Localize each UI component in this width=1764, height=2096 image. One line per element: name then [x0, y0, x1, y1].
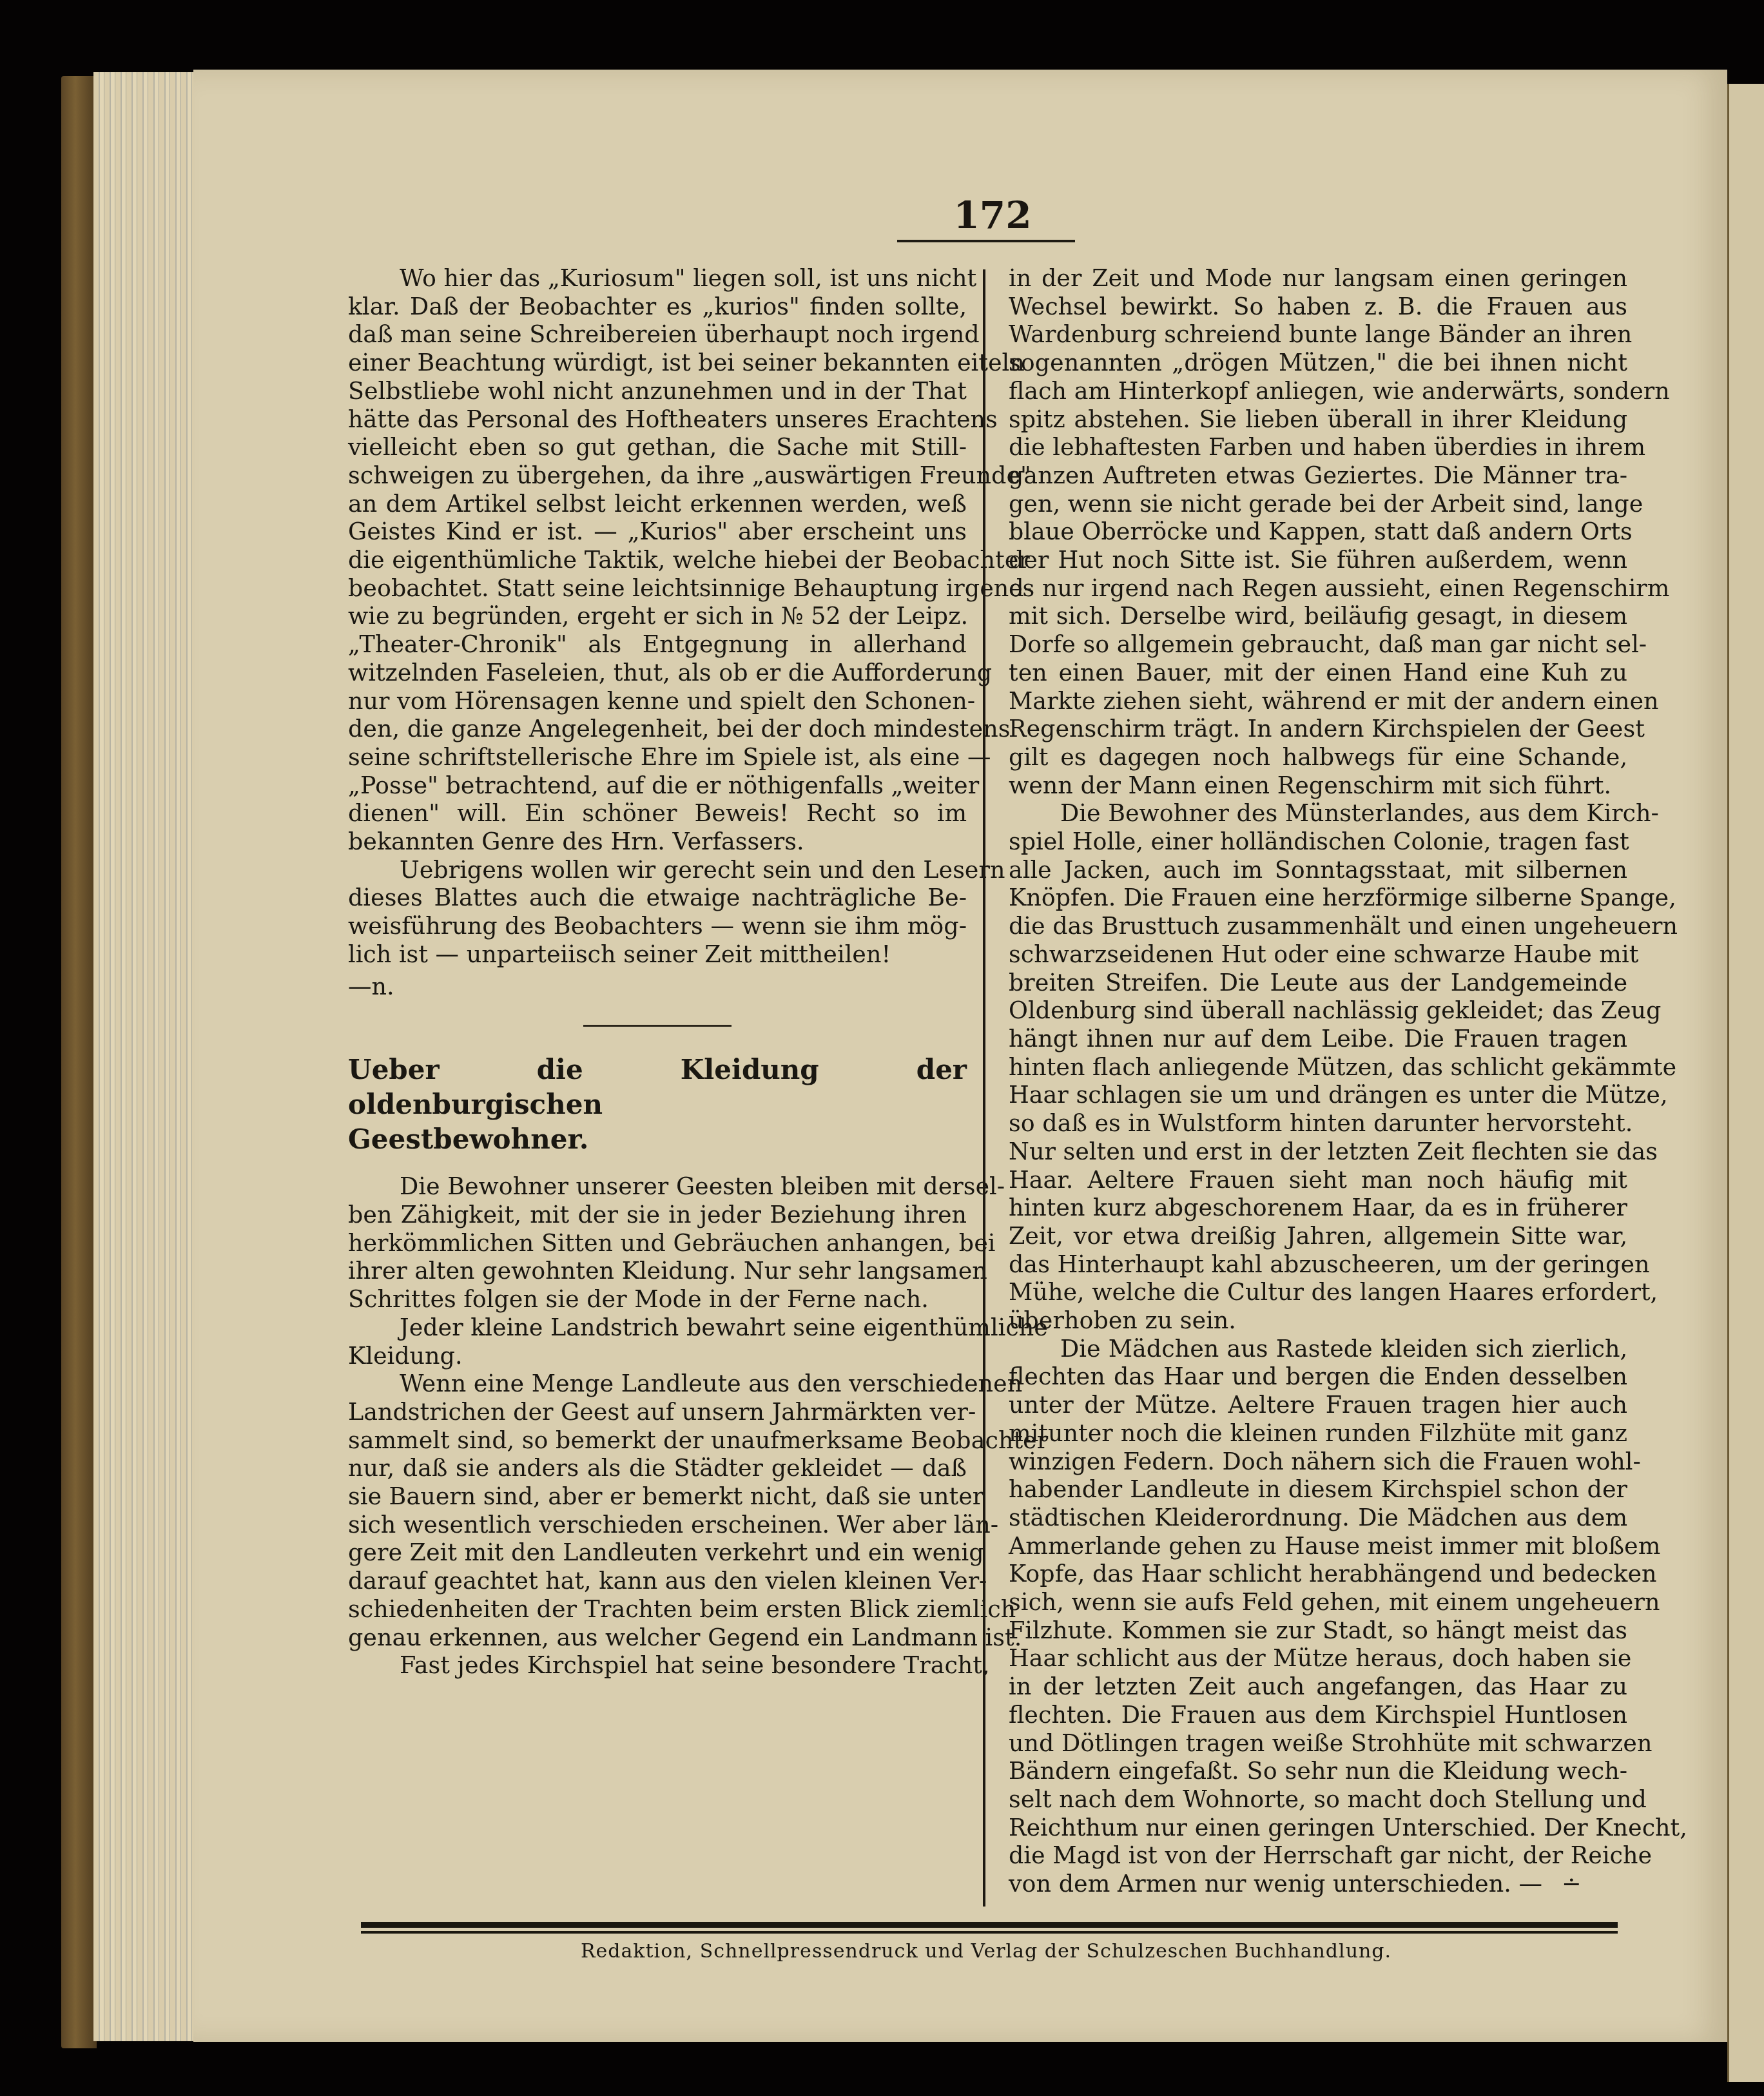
text-line: sammelt sind, so bemerkt der unaufmerksa… — [348, 1426, 967, 1455]
text-line: Haar schlicht aus der Mütze heraus, doch… — [1009, 1644, 1627, 1673]
section-separator — [583, 1025, 732, 1027]
text-line: winzigen Federn. Doch nähern sich die Fr… — [1009, 1448, 1627, 1476]
text-line: Jeder kleine Landstrich bewahrt seine ei… — [348, 1314, 967, 1342]
text-line: breiten Streifen. Die Leute aus der Land… — [1009, 969, 1627, 997]
text-line: dienen" will. Ein schöner Beweis! Recht … — [348, 799, 967, 828]
text-line: gen, wenn sie nicht gerade bei der Arbei… — [1009, 490, 1627, 518]
text-line: Nur selten und erst in der letzten Zeit … — [1009, 1138, 1627, 1166]
right-column: in der Zeit und Mode nur langsam einen g… — [1009, 264, 1627, 1898]
text-line: in der Zeit und Mode nur langsam einen g… — [1009, 264, 1627, 293]
text-line: nur vom Hörensagen kenne und spielt den … — [348, 687, 967, 715]
text-line: in der letzten Zeit auch angefangen, das… — [1009, 1673, 1627, 1701]
paragraph: Die Bewohner des Münsterlandes, aus dem … — [1009, 799, 1627, 1334]
text-line: Die Bewohner unserer Geesten bleiben mit… — [348, 1172, 967, 1201]
text-line: gilt es dagegen noch halbwegs für eine S… — [1009, 743, 1627, 771]
text-line: herkömmlichen Sitten und Gebräuchen anha… — [348, 1229, 967, 1257]
text-line: Mühe, welche die Cultur des langen Haare… — [1009, 1278, 1627, 1306]
text-line: es nur irgend nach Regen aussieht, einen… — [1009, 574, 1627, 603]
text-line: städtischen Kleiderordnung. Die Mädchen … — [1009, 1504, 1627, 1532]
text-line: wenn der Mann einen Regenschirm mit sich… — [1009, 771, 1627, 800]
text-line: Schrittes folgen sie der Mode in der Fer… — [348, 1285, 967, 1314]
text-line: sich, wenn sie aufs Feld gehen, mit eine… — [1009, 1588, 1627, 1616]
paragraph: Die Mädchen aus Rastede kleiden sich zie… — [1009, 1335, 1627, 1898]
text-line: hinten flach anliegende Mützen, das schl… — [1009, 1053, 1627, 1082]
text-line: mitunter noch die kleinen runden Filzhüt… — [1009, 1419, 1627, 1448]
article-title: Ueber die Kleidung der oldenburgischen G… — [348, 1053, 967, 1157]
column-divider — [983, 269, 985, 1907]
title-line-2: Geestbewohner. — [348, 1123, 588, 1155]
text-line: spiel Holle, einer holländischen Colonie… — [1009, 828, 1627, 856]
page-number: 172 — [896, 193, 1089, 237]
footer-rule-thick — [361, 1922, 1618, 1928]
text-line: Wenn eine Menge Landleute aus den versch… — [348, 1370, 967, 1398]
text-line: dieses Blattes auch die etwaige nachträg… — [348, 884, 967, 912]
text-line: Wo hier das „Kuriosum" liegen soll, ist … — [348, 264, 967, 293]
text-line: Reichthum nur einen geringen Unterschied… — [1009, 1814, 1627, 1842]
text-line: Haar. Aeltere Frauen sieht man noch häuf… — [1009, 1166, 1627, 1194]
text-line: überhoben zu sein. — [1009, 1306, 1627, 1335]
paragraph: Wo hier das „Kuriosum" liegen soll, ist … — [348, 264, 967, 856]
text-line: spitz abstehen. Sie lieben überall in ih… — [1009, 405, 1627, 434]
end-ornament-icon: ∸ — [1562, 1870, 1582, 1897]
text-line: Wechsel bewirkt. So haben z. B. die Frau… — [1009, 293, 1627, 321]
footer-rule-thin — [361, 1931, 1618, 1934]
paragraph: Wenn eine Menge Landleute aus den versch… — [348, 1370, 967, 1651]
paragraph: Fast jedes Kirchspiel hat seine besonder… — [348, 1651, 967, 1680]
text-line: Wardenburg schreiend bunte lange Bänder … — [1009, 320, 1627, 349]
text-line: so daß es in Wulstform hinten darunter h… — [1009, 1109, 1627, 1138]
imprint-footer: Redaktion, Schnellpressendruck und Verla… — [348, 1940, 1624, 1963]
text-line: witzelnden Faseleien, thut, als ob er di… — [348, 659, 967, 687]
text-line: von dem Armen nur wenig unterschieden. —… — [1009, 1870, 1627, 1898]
next-page-edge — [1727, 84, 1764, 2082]
text-line: die Magd ist von der Herrschaft gar nich… — [1009, 1841, 1627, 1870]
text-line: schiedenheiten der Trachten beim ersten … — [348, 1595, 967, 1624]
text-line: den, die ganze Angelegenheit, bei der do… — [348, 715, 967, 743]
text-line: hängt ihnen nur auf dem Leibe. Die Fraue… — [1009, 1025, 1627, 1053]
text-line: Dorfe so allgemein gebraucht, daß man ga… — [1009, 630, 1627, 659]
text-line: Regenschirm trägt. In andern Kirchspiele… — [1009, 715, 1627, 743]
text-line: Geistes Kind er ist. — „Kurios" aber ers… — [348, 518, 967, 546]
paragraph: Jeder kleine Landstrich bewahrt seine ei… — [348, 1314, 967, 1370]
text-line: Die Mädchen aus Rastede kleiden sich zie… — [1009, 1335, 1627, 1363]
text-line: und Dötlingen tragen weiße Strohhüte mit… — [1009, 1729, 1627, 1758]
text-line: unter der Mütze. Aeltere Frauen tragen h… — [1009, 1391, 1627, 1419]
article-kuriosum: Wo hier das „Kuriosum" liegen soll, ist … — [348, 264, 967, 1000]
text-line: blaue Oberröcke und Kappen, statt daß an… — [1009, 518, 1627, 546]
text-line: Selbstliebe wohl nicht anzunehmen und in… — [348, 377, 967, 405]
text-line: Knöpfen. Die Frauen eine herzförmige sil… — [1009, 884, 1627, 912]
text-line: flechten. Die Frauen aus dem Kirchspiel … — [1009, 1701, 1627, 1729]
paragraph: Uebrigens wollen wir gerecht sein und de… — [348, 856, 967, 969]
text-line: beobachtet. Statt seine leichtsinnige Be… — [348, 574, 967, 603]
text-line: alle Jacken, auch im Sonntagsstaat, mit … — [1009, 856, 1627, 884]
text-line: genau erkennen, aus welcher Gegend ein L… — [348, 1624, 967, 1652]
text-line: „Posse" betrachtend, auf die er nöthigen… — [348, 771, 967, 800]
text-line: Filzhute. Kommen sie zur Stadt, so hängt… — [1009, 1616, 1627, 1645]
text-line: hätte das Personal des Hoftheaters unser… — [348, 405, 967, 434]
text-line: die das Brusttuch zusammenhält und einen… — [1009, 912, 1627, 940]
text-line: selt nach dem Wohnorte, so macht doch St… — [1009, 1785, 1627, 1814]
text-line: hinten kurz abgeschorenem Haar, da es in… — [1009, 1194, 1627, 1222]
paragraph: Die Bewohner unserer Geesten bleiben mit… — [348, 1172, 967, 1314]
text-line: mit sich. Derselbe wird, beiläufig gesag… — [1009, 602, 1627, 630]
article-kleidung: Ueber die Kleidung der oldenburgischen G… — [348, 1053, 967, 1680]
text-line: Haar schlagen sie um und drängen es unte… — [1009, 1081, 1627, 1109]
text-line: ganzen Auftreten etwas Geziertes. Die Mä… — [1009, 461, 1627, 490]
text-line: flechten das Haar und bergen die Enden d… — [1009, 1363, 1627, 1391]
text-line: flach am Hinterkopf anliegen, wie anderw… — [1009, 377, 1627, 405]
text-line: das Hinterhaupt kahl abzuscheeren, um de… — [1009, 1250, 1627, 1279]
text-line: vielleicht eben so gut gethan, die Sache… — [348, 433, 967, 461]
text-line: „Theater-Chronik" als Entgegnung in alle… — [348, 630, 967, 659]
signature: —n. — [348, 973, 967, 1001]
page-edges — [93, 72, 197, 2041]
text-line: bekannten Genre des Hrn. Verfassers. — [348, 828, 967, 856]
text-line: Uebrigens wollen wir gerecht sein und de… — [348, 856, 967, 884]
text-line: Kopfe, das Haar schlicht herabhängend un… — [1009, 1560, 1627, 1588]
text-line: klar. Daß der Beobachter es „kurios" fin… — [348, 293, 967, 321]
text-line: Oldenburg sind überall nachlässig geklei… — [1009, 996, 1627, 1025]
text-line: sie Bauern sind, aber er bemerkt nicht, … — [348, 1482, 967, 1511]
text-line: schweigen zu übergehen, da ihre „auswärt… — [348, 461, 967, 490]
text-line: die lebhaftesten Farben und haben überdi… — [1009, 433, 1627, 461]
text-line: wie zu begründen, ergeht er sich in № 52… — [348, 602, 967, 630]
paragraph: in der Zeit und Mode nur langsam einen g… — [1009, 264, 1627, 799]
text-line: habender Landleute in diesem Kirchspiel … — [1009, 1475, 1627, 1504]
text-line: lich ist — unparteiisch seiner Zeit mitt… — [348, 940, 967, 969]
text-line: ten einen Bauer, mit der einen Hand eine… — [1009, 659, 1627, 687]
text-line: daß man seine Schreibereien überhaupt no… — [348, 320, 967, 349]
text-line: die eigenthümliche Taktik, welche hiebei… — [348, 546, 967, 574]
page-number-rule — [897, 240, 1075, 242]
text-line: sogenannten „drögen Mützen," die bei ihn… — [1009, 349, 1627, 377]
text-line: Landstrichen der Geest auf unsern Jahrmä… — [348, 1398, 967, 1426]
text-line: Markte ziehen sieht, während er mit der … — [1009, 687, 1627, 715]
text-line: schwarzseidenen Hut oder eine schwarze H… — [1009, 940, 1627, 969]
text-line: darauf geachtet hat, kann aus den vielen… — [348, 1567, 967, 1595]
text-line: seine schriftstellerische Ehre im Spiele… — [348, 743, 967, 771]
text-line: an dem Artikel selbst leicht erkennen we… — [348, 490, 967, 518]
text-line: Zeit, vor etwa dreißig Jahren, allgemein… — [1009, 1222, 1627, 1250]
book-cover-edge — [61, 76, 97, 2048]
text-line: Kleidung. — [348, 1342, 967, 1370]
text-line: Fast jedes Kirchspiel hat seine besonder… — [348, 1651, 967, 1680]
text-line: Ammerlande gehen zu Hause meist immer mi… — [1009, 1532, 1627, 1560]
text-line: ihrer alten gewohnten Kleidung. Nur sehr… — [348, 1257, 967, 1285]
text-line: einer Beachtung würdigt, ist bei seiner … — [348, 349, 967, 377]
text-line: ben Zähigkeit, mit der sie in jeder Bezi… — [348, 1201, 967, 1229]
left-column: Wo hier das „Kuriosum" liegen soll, ist … — [348, 264, 967, 1680]
text-line: weisführung des Beobachters — wenn sie i… — [348, 912, 967, 940]
text-line: gere Zeit mit den Landleuten verkehrt un… — [348, 1538, 967, 1567]
title-line-1: Ueber die Kleidung der oldenburgischen — [348, 1054, 967, 1120]
text-line: Die Bewohner des Münsterlandes, aus dem … — [1009, 799, 1627, 828]
text-line: sich wesentlich verschieden erscheinen. … — [348, 1511, 967, 1539]
text-line: Bändern eingefaßt. So sehr nun die Kleid… — [1009, 1757, 1627, 1785]
text-line: der Hut noch Sitte ist. Sie führen außer… — [1009, 546, 1627, 574]
text-line: nur, daß sie anders als die Städter gekl… — [348, 1454, 967, 1482]
